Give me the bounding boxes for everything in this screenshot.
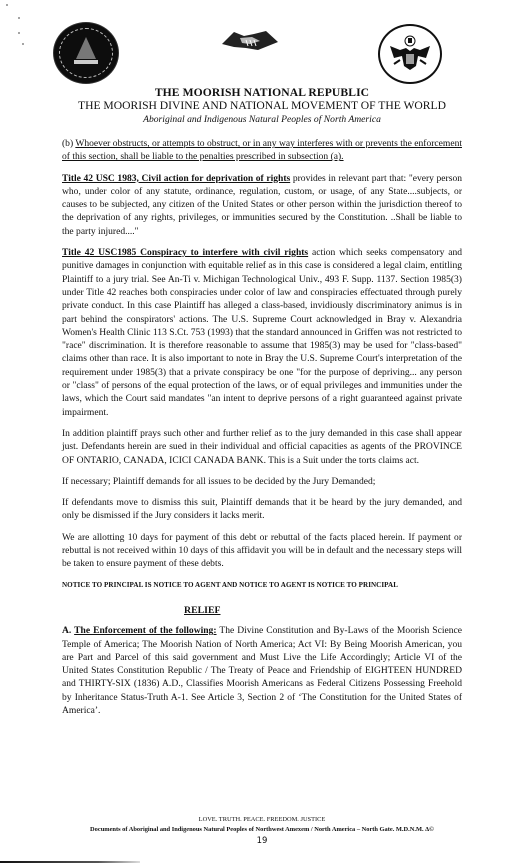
scan-speck (18, 17, 20, 19)
document-body: (b) Whoever obstructs, or attempts to ob… (62, 137, 462, 725)
paragraph-payment-deadline: We are allotting 10 days for payment of … (62, 531, 462, 571)
great-seal-eagle-icon (378, 24, 442, 84)
scan-speck (18, 32, 20, 34)
paragraph-title-42-1983: Title 42 USC 1983, Civil action for depr… (62, 172, 462, 238)
organization-subtitle: THE MOORISH DIVINE AND NATIONAL MOVEMENT… (0, 99, 524, 112)
handshake-icon (220, 28, 280, 52)
footer-motto: LOVE. TRUTH. PEACE. FREEDOM. JUSTICE (0, 816, 524, 823)
section-heading-1985: Title 42 USC1985 Conspiracy to interfere… (62, 247, 308, 258)
organization-title: THE MOORISH NATIONAL REPUBLIC (0, 86, 524, 99)
relief-heading: RELIEF (62, 604, 462, 617)
subsection-b-text: Whoever obstructs, or attempts to obstru… (62, 138, 462, 162)
paragraph-additional-relief: In addition plaintiff prays such other a… (62, 427, 462, 467)
notice-line: NOTICE TO PRINCIPAL IS NOTICE TO AGENT A… (62, 579, 462, 592)
footer-documents-line: Documents of Aboriginal and Indigenous N… (0, 826, 524, 833)
paragraph-dismissal: If defendants move to dismiss this suit,… (62, 496, 462, 523)
paragraph-relief-a: A. The Enforcement of the following: The… (62, 624, 462, 717)
relief-a-heading: The Enforcement of the following: (74, 625, 216, 636)
page-number: 19 (0, 836, 524, 846)
scan-speck (6, 4, 8, 6)
scan-speck (22, 43, 24, 45)
moorish-seal-icon (53, 22, 119, 84)
paragraph-subsection-b: (b) Whoever obstructs, or attempts to ob… (62, 137, 462, 164)
document-page: THE MOORISH NATIONAL REPUBLIC THE MOORIS… (0, 0, 524, 863)
paragraph-jury-demand: If necessary; Plaintiff demands for all … (62, 475, 462, 488)
paragraph-title-42-1985: Title 42 USC1985 Conspiracy to interfere… (62, 246, 462, 419)
organization-tagline: Aboriginal and Indigenous Natural People… (0, 114, 524, 125)
section-heading-1983: Title 42 USC 1983, Civil action for depr… (62, 173, 290, 184)
